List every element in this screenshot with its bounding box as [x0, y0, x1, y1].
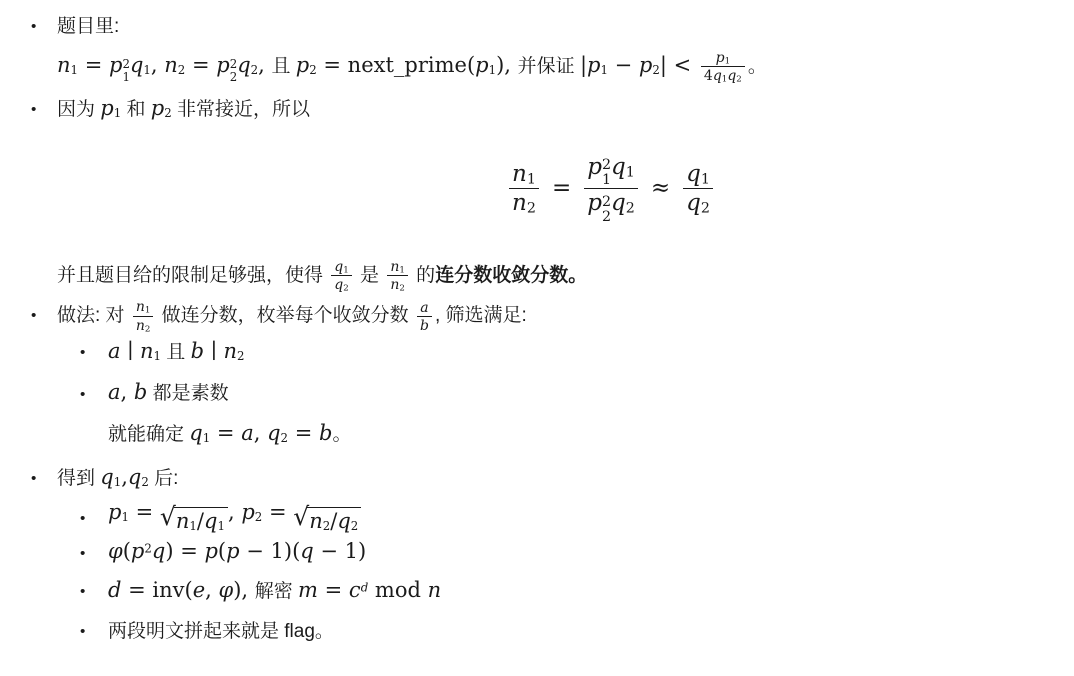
- math-supsub: p22: [216, 56, 237, 77]
- math-subscripted: p2: [296, 56, 317, 77]
- math-operator: ,: [258, 53, 271, 77]
- text-run: 并且题目给的限制足够强，使得: [57, 265, 328, 286]
- numerator: n1: [133, 298, 154, 316]
- subscript: 1: [217, 519, 225, 533]
- subscript: 1: [122, 71, 130, 83]
- subscript: 1: [626, 164, 635, 180]
- math-subscripted: p2: [639, 56, 660, 77]
- superscript: 2: [144, 542, 152, 556]
- math-operator: mod: [368, 578, 427, 602]
- math-variable: n: [309, 509, 323, 533]
- math-variable: q: [611, 190, 626, 216]
- subscript: 2: [626, 201, 635, 217]
- line-content: 题目里:: [57, 16, 119, 37]
- line-content: 两段明文拼起来就是 flag。: [108, 621, 334, 642]
- subscript: 2: [237, 349, 245, 363]
- bullet-dot: •: [80, 581, 85, 602]
- math-superscripted: cd: [349, 581, 368, 602]
- math-operator: =: [552, 177, 571, 200]
- text-run: 题目里:: [57, 16, 119, 37]
- math-operator: ),: [233, 578, 255, 602]
- math-variable: q: [189, 421, 202, 445]
- subscript: 1: [701, 171, 710, 187]
- math-operator: (: [123, 539, 131, 563]
- subscript: 1: [600, 63, 608, 77]
- math-variable: m: [298, 578, 318, 602]
- math-variable: q: [100, 465, 113, 489]
- math-variable: p: [587, 190, 602, 216]
- subscript: 1: [145, 306, 151, 316]
- text-run: 且: [161, 342, 191, 363]
- line-content: a ∣ n1 且 b ∣ n2: [108, 342, 245, 363]
- math-variable: n: [176, 509, 190, 533]
- math-subscripted: q2: [727, 67, 742, 83]
- math-variable: n: [136, 318, 145, 334]
- math-supsub: p21: [587, 153, 611, 179]
- denominator: n2: [387, 275, 408, 294]
- math-subscripted: n1: [136, 298, 151, 314]
- paragraph-line: n1 = p21q1, n2 = p22q2, 且 p2 = next_prim…: [0, 49, 1074, 86]
- denominator: b: [417, 316, 432, 334]
- math-variable: q: [686, 161, 701, 187]
- text-run: 就能确定: [108, 424, 189, 445]
- bullet-dot: •: [31, 305, 36, 326]
- math-variable: q: [686, 190, 701, 216]
- bullet-dot: •: [80, 543, 85, 564]
- math-variable: q: [337, 509, 350, 533]
- math-subscripted: q1: [713, 67, 728, 83]
- math-variable: q: [130, 53, 143, 77]
- line-content: d = inv(e, φ), 解密 m = cd mod n: [108, 581, 441, 602]
- square-root: √n1/q1: [160, 507, 228, 537]
- math-operator: ,: [121, 380, 134, 404]
- subscript: 1: [71, 63, 79, 77]
- math-variable: q: [128, 465, 141, 489]
- radicand: n2/q2: [307, 507, 361, 537]
- math-subscripted: q1: [611, 153, 635, 179]
- math-variable: p: [587, 53, 600, 77]
- square-root: √n2/q2: [293, 507, 361, 537]
- math-subscripted: n2: [390, 276, 405, 292]
- math-operator: − 1): [314, 539, 367, 563]
- math-variable: b: [420, 318, 429, 334]
- math-variable: p: [475, 53, 488, 77]
- math-subscripted: q1: [130, 56, 151, 77]
- bullet-item: •得到 q1,q2 后:: [0, 466, 1074, 493]
- math-operator: ∣: [121, 339, 140, 363]
- math-variable: p: [109, 53, 122, 77]
- bullet-item: •因为 p1 和 p2 非常接近，所以: [0, 97, 1074, 124]
- fraction: p21q1p22q2: [584, 153, 638, 225]
- math-variable: n: [512, 190, 527, 216]
- line-content: 并且题目给的限制足够强，使得 q1q2 是 n1n2 的连分数收敛分数。: [57, 265, 587, 286]
- subscript: 2: [281, 431, 289, 445]
- math-operator: ≈: [651, 177, 670, 200]
- denominator: 4q1q2: [701, 66, 745, 85]
- text-run: 。: [332, 424, 351, 445]
- text-run: 的: [411, 265, 435, 286]
- numerator: n1: [387, 258, 408, 276]
- supsub-stack: 22: [602, 195, 611, 225]
- bullet-item: •两段明文拼起来就是 flag。: [0, 619, 1074, 646]
- math-variable: p: [151, 96, 164, 120]
- text-run: , 筛选满足:: [435, 305, 527, 326]
- document-root: •题目里:n1 = p21q1, n2 = p22q2, 且 p2 = next…: [0, 0, 1074, 676]
- math-variable: p: [216, 53, 229, 77]
- text-run: 和: [121, 99, 151, 120]
- bullet-dot: •: [80, 342, 85, 363]
- math-subscripted: n1: [390, 258, 405, 274]
- math-variable: a: [108, 339, 121, 363]
- math-operator: −: [608, 53, 639, 77]
- fraction: ab: [417, 299, 432, 333]
- math-operator: ,: [254, 421, 267, 445]
- math-variable: n: [224, 339, 238, 363]
- display-equation: n1n2=p21q1p22q2≈q1q2: [0, 153, 1074, 225]
- math-operator: 4: [704, 68, 713, 84]
- math-subscripted: n1: [57, 56, 78, 77]
- bullet-dot: •: [80, 384, 85, 405]
- bullet-item: •题目里:: [0, 14, 1074, 41]
- subscript: 2: [527, 201, 536, 217]
- line-content: 得到 q1,q2 后:: [57, 468, 178, 489]
- math-operator: =: [288, 421, 319, 445]
- math-superscripted: p2: [131, 542, 152, 563]
- document-body: •题目里:n1 = p21q1, n2 = p22q2, 且 p2 = next…: [0, 14, 1074, 645]
- math-variable: p: [587, 154, 602, 180]
- numerator: a: [417, 299, 432, 316]
- subscript: 2: [141, 475, 149, 489]
- subscript: 1: [121, 510, 129, 524]
- text-run: 都是素数: [147, 383, 228, 404]
- math-subscripted: p1: [108, 503, 129, 524]
- math-variable: q: [237, 53, 250, 77]
- text-run: 非常接近，所以: [172, 99, 310, 120]
- subscript: 1: [343, 265, 349, 275]
- bold-text-run: 连分数收敛分数。: [435, 265, 587, 286]
- numerator: n1: [509, 160, 539, 188]
- math-variable: φ: [108, 539, 123, 563]
- superscript: 2: [602, 195, 611, 210]
- math-subscripted: q1: [334, 258, 349, 274]
- bullet-item: •φ(p2q) = p(p − 1)(q − 1): [0, 540, 1074, 567]
- text-run: 做连分数，枚举每个收敛分数: [156, 305, 414, 326]
- math-variable: b: [191, 339, 204, 363]
- subscript: 2: [351, 519, 359, 533]
- fraction: q1q2: [331, 258, 352, 295]
- math-operator: =: [78, 53, 109, 77]
- math-variable: n: [136, 299, 145, 315]
- paragraph-line: 并且题目给的限制足够强，使得 q1q2 是 n1n2 的连分数收敛分数。: [0, 258, 1074, 295]
- text-run: 两段明文拼起来就是 flag。: [108, 621, 334, 642]
- math-variable: p: [241, 500, 254, 524]
- math-variable: a: [241, 421, 254, 445]
- math-subscripted: n2: [512, 189, 536, 215]
- math-operator: /: [197, 509, 204, 533]
- subscript: 2: [309, 63, 317, 77]
- bullet-dot: •: [31, 99, 36, 120]
- math-subscripted: p1: [475, 56, 496, 77]
- bullet-item: •d = inv(e, φ), 解密 m = cd mod n: [0, 579, 1074, 606]
- line-content: n1 = p21q1, n2 = p22q2, 且 p2 = next_prim…: [57, 56, 767, 77]
- subscript: 1: [143, 63, 151, 77]
- subscript: 2: [736, 75, 742, 85]
- fraction: q1q2: [683, 160, 713, 218]
- math-variable: n: [140, 339, 154, 363]
- subscript: 2: [145, 324, 151, 334]
- math-operator: =: [318, 578, 349, 602]
- text-run: 。: [748, 56, 767, 77]
- text-run: 解密: [255, 581, 298, 602]
- subscript: 2: [602, 210, 611, 225]
- supsub-stack: 21: [122, 58, 130, 83]
- math-subscripted: p1: [100, 99, 121, 120]
- math-variable: d: [108, 578, 121, 602]
- math-subscripted: n1: [512, 160, 536, 186]
- line-content: φ(p2q) = p(p − 1)(q − 1): [108, 542, 366, 563]
- subscript: 2: [701, 201, 710, 217]
- math-variable: p: [100, 96, 113, 120]
- math-subscripted: q2: [611, 189, 635, 215]
- math-subscripted: p1: [716, 49, 731, 65]
- math-variable: a: [108, 380, 121, 404]
- math-variable: φ: [219, 578, 234, 602]
- denominator: p22q2: [584, 188, 638, 224]
- math-variable: p: [639, 53, 652, 77]
- bullet-item: •做法: 对 n1n2 做连分数，枚举每个收敛分数 ab, 筛选满足:: [0, 298, 1074, 335]
- math-subscripted: q2: [237, 56, 258, 77]
- subscript: 1: [725, 56, 731, 66]
- numerator: p1: [701, 49, 745, 67]
- math-subscripted: q2: [128, 468, 149, 489]
- bullet-dot: •: [31, 16, 36, 37]
- superscript: 2: [602, 158, 611, 173]
- math-operator: (: [218, 539, 226, 563]
- math-variable: q: [300, 539, 313, 563]
- math-supsub: p21: [109, 56, 130, 77]
- math-operator: |: [580, 53, 587, 77]
- math-subscripted: q2: [337, 512, 358, 533]
- math-variable: n: [428, 578, 442, 602]
- math-subscripted: q1: [686, 160, 710, 186]
- math-subscripted: n2: [164, 56, 185, 77]
- math-operator: ),: [496, 53, 518, 77]
- text-run: 是: [355, 265, 385, 286]
- math-operator: ,: [121, 465, 128, 489]
- math-operator: = inv(: [121, 578, 192, 602]
- line-content: p1 = √n1/q1, p2 = √n2/q2: [108, 503, 361, 524]
- math-operator: ∣: [204, 339, 223, 363]
- math-subscripted: n1: [176, 512, 197, 533]
- subscript: 1: [189, 519, 197, 533]
- math-subscripted: p2: [241, 503, 262, 524]
- paragraph-line: 就能确定 q1 = a, q2 = b。: [0, 422, 1074, 449]
- bullet-item: •a, b 都是素数: [0, 381, 1074, 408]
- line-content: 做法: 对 n1n2 做连分数，枚举每个收敛分数 ab, 筛选满足:: [57, 305, 527, 326]
- math-variable: q: [334, 277, 343, 293]
- math-subscripted: q2: [267, 424, 288, 445]
- subscript: 1: [527, 171, 536, 187]
- math-variable: n: [512, 161, 527, 187]
- subscript: 1: [489, 63, 497, 77]
- fraction: p14q1q2: [701, 49, 745, 86]
- line-content: 就能确定 q1 = a, q2 = b。: [108, 424, 351, 445]
- math-subscripted: p1: [587, 56, 608, 77]
- text-run: 后:: [149, 468, 179, 489]
- math-subscripted: q1: [189, 424, 210, 445]
- subscript: 1: [399, 265, 405, 275]
- math-variable: p: [296, 53, 309, 77]
- bullet-item: •p1 = √n1/q1, p2 = √n2/q2: [0, 501, 1074, 536]
- subscript: 1: [602, 173, 611, 188]
- math-operator: =: [262, 500, 293, 524]
- bullet-dot: •: [31, 468, 36, 489]
- subscript: 2: [164, 106, 172, 120]
- text-run: 因为: [57, 99, 100, 120]
- subscript: 2: [652, 63, 660, 77]
- math-variable: q: [334, 259, 343, 275]
- math-operator: =: [185, 53, 216, 77]
- math-variable: e: [193, 578, 205, 602]
- math-operator: ) =: [165, 539, 204, 563]
- numerator: p21q1: [584, 153, 638, 188]
- subscript: 2: [399, 284, 405, 294]
- math-variable: p: [131, 539, 144, 563]
- denominator: q2: [331, 275, 352, 294]
- math-subscripted: n2: [136, 317, 151, 333]
- text-run: 且: [272, 56, 296, 77]
- math-variable: q: [204, 509, 217, 533]
- math-variable: p: [716, 50, 725, 66]
- fraction: n1n2: [133, 298, 154, 335]
- fraction: n1n2: [509, 160, 539, 218]
- line-content: a, b 都是素数: [108, 383, 229, 404]
- math-variable: q: [727, 68, 736, 84]
- math-subscripted: n2: [309, 512, 330, 533]
- math-supsub: p22: [587, 189, 611, 215]
- fraction: n1n2: [387, 258, 408, 295]
- bullet-dot: •: [80, 508, 85, 529]
- math-variable: n: [164, 53, 178, 77]
- math-variable: c: [349, 578, 361, 602]
- subscript: 1: [154, 349, 162, 363]
- math-operator: − 1)(: [240, 539, 301, 563]
- line-content: n1n2=p21q1p22q2≈q1q2: [505, 153, 717, 225]
- math-subscripted: q1: [204, 512, 225, 533]
- bullet-dot: •: [80, 621, 85, 642]
- text-run: 并保证: [518, 56, 580, 77]
- denominator: n2: [133, 316, 154, 335]
- math-variable: q: [611, 154, 626, 180]
- math-subscripted: n1: [140, 342, 161, 363]
- math-operator: ,: [151, 53, 164, 77]
- superscript: 2: [122, 58, 130, 70]
- math-operator: =: [210, 421, 241, 445]
- math-variable: p: [226, 539, 239, 563]
- math-variable: p: [204, 539, 217, 563]
- numerator: q1: [683, 160, 713, 188]
- math-variable: b: [319, 421, 332, 445]
- math-operator: ,: [205, 578, 218, 602]
- math-operator: =: [129, 500, 160, 524]
- math-subscripted: q1: [100, 468, 121, 489]
- radicand: n1/q1: [174, 507, 228, 537]
- text-run: 做法: 对: [57, 305, 130, 326]
- math-operator: ,: [228, 500, 241, 524]
- numerator: q1: [331, 258, 352, 276]
- math-subscripted: q2: [686, 189, 710, 215]
- math-variable: a: [420, 300, 428, 316]
- math-variable: q: [152, 539, 165, 563]
- line-content: 因为 p1 和 p2 非常接近，所以: [57, 99, 310, 120]
- math-variable: q: [713, 68, 722, 84]
- bullet-item: •a ∣ n1 且 b ∣ n2: [0, 340, 1074, 367]
- math-subscripted: n2: [224, 342, 245, 363]
- math-variable: p: [108, 500, 121, 524]
- math-operator: | <: [660, 53, 698, 77]
- math-variable: n: [57, 53, 71, 77]
- supsub-stack: 21: [602, 158, 611, 188]
- math-variable: b: [134, 380, 147, 404]
- text-run: 得到: [57, 468, 100, 489]
- math-subscripted: q2: [334, 276, 349, 292]
- subscript: 2: [343, 284, 349, 294]
- math-subscripted: p2: [151, 99, 172, 120]
- math-operator: = next_prime(: [317, 53, 475, 77]
- math-variable: q: [267, 421, 280, 445]
- denominator: q2: [683, 188, 713, 217]
- denominator: n2: [509, 188, 539, 217]
